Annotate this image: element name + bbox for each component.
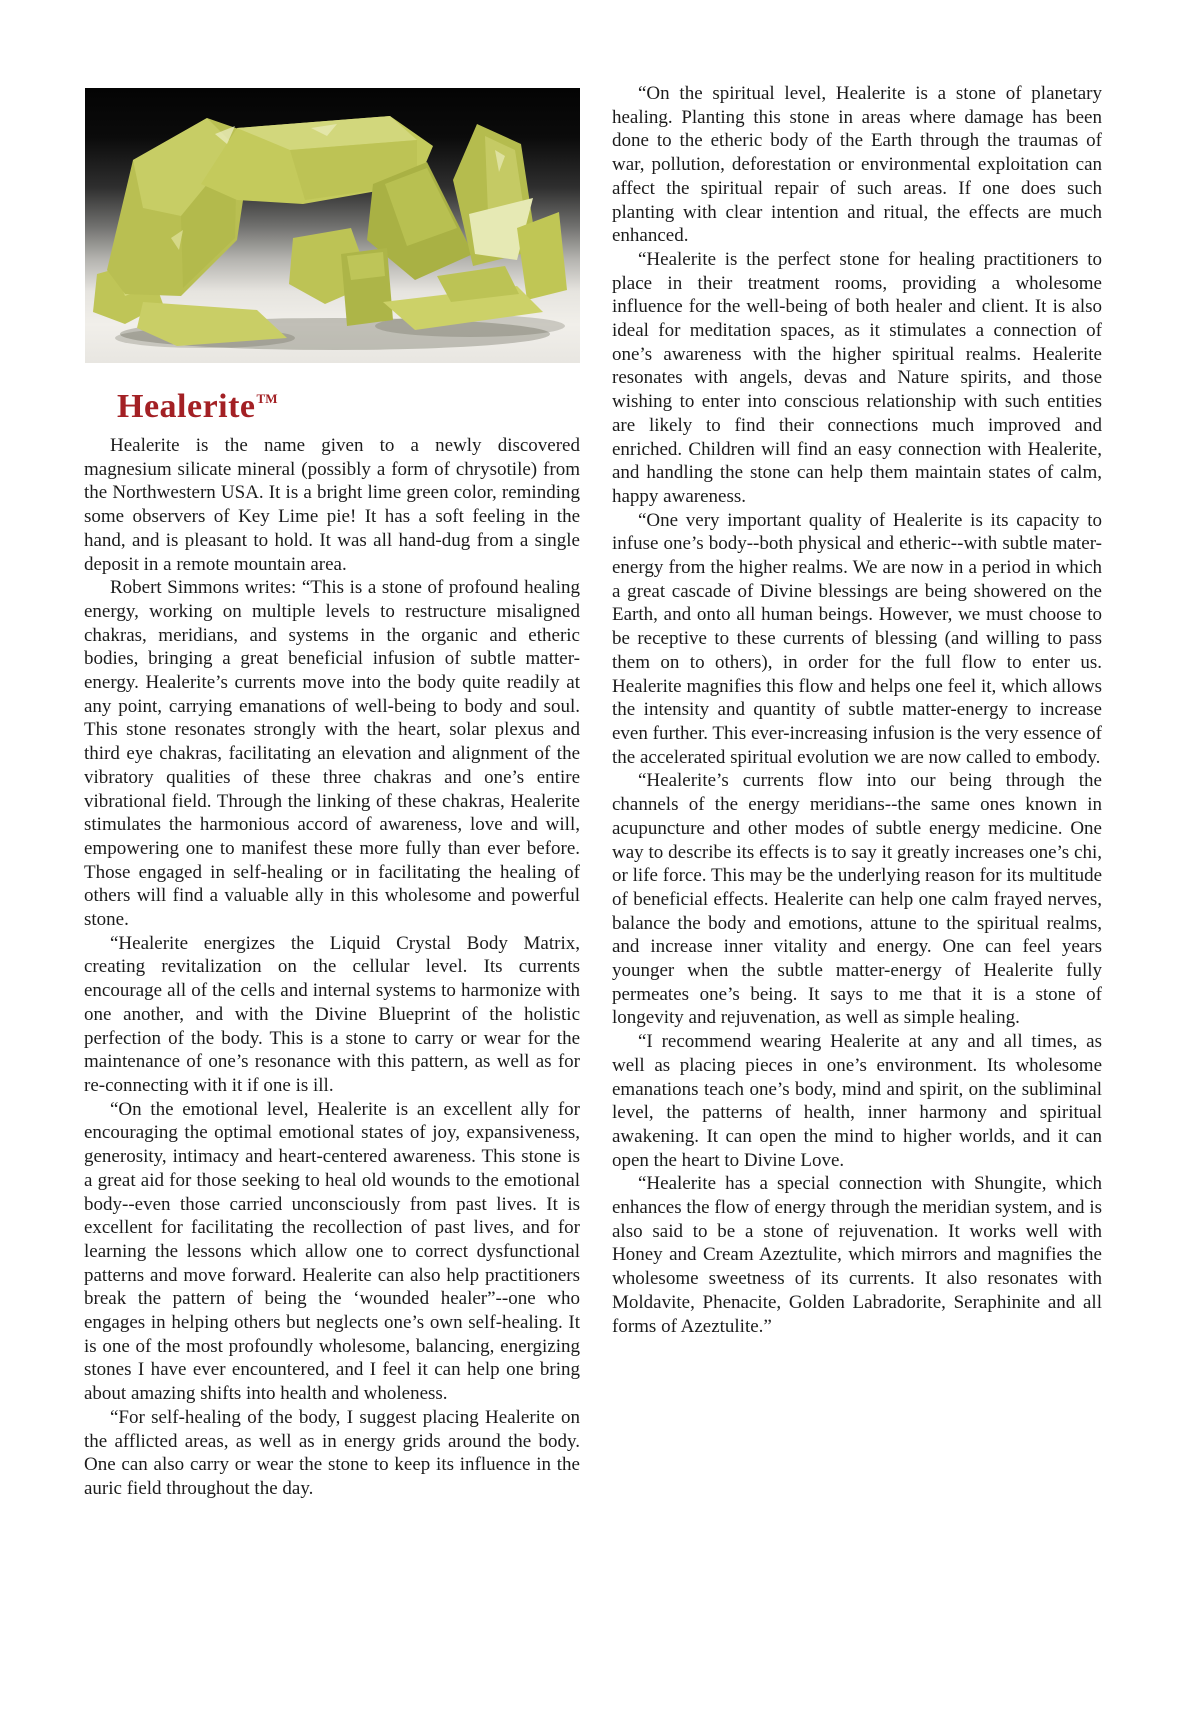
- trademark-symbol: TM: [257, 391, 278, 406]
- two-column-layout: HealeriteTM Healerite is the name given …: [84, 82, 1102, 1501]
- healerite-stones-illustration: [85, 88, 580, 363]
- paragraph-self-healing: “For self-healing of the body, I suggest…: [84, 1406, 580, 1501]
- paragraph-body-matrix: “Healerite energizes the Liquid Crystal …: [84, 932, 580, 1098]
- paragraph-spiritual-level: “On the spiritual level, Healerite is a …: [612, 82, 1102, 248]
- right-column: “On the spiritual level, Healerite is a …: [612, 82, 1102, 1338]
- paragraph-simmons-quote: Robert Simmons writes: “This is a stone …: [84, 576, 580, 932]
- paragraph-meridians: “Healerite’s currents flow into our bein…: [612, 769, 1102, 1030]
- paragraph-practitioners: “Healerite is the perfect stone for heal…: [612, 248, 1102, 509]
- paragraph-stone-combinations: “Healerite has a special connection with…: [612, 1172, 1102, 1338]
- book-page: HealeriteTM Healerite is the name given …: [0, 0, 1200, 1709]
- paragraph-recommend-wearing: “I recommend wearing Healerite at any an…: [612, 1030, 1102, 1172]
- paragraph-intro: Healerite is the name given to a newly d…: [84, 434, 580, 576]
- paragraph-emotional-level: “On the emotional level, Healerite is an…: [84, 1098, 580, 1406]
- article-title-text: Healerite: [117, 388, 256, 425]
- paragraph-infuse-body: “One very important quality of Healerite…: [612, 509, 1102, 770]
- left-column: HealeriteTM Healerite is the name given …: [84, 82, 580, 1501]
- specimen-photo: [85, 88, 580, 363]
- article-title: HealeriteTM: [117, 379, 580, 427]
